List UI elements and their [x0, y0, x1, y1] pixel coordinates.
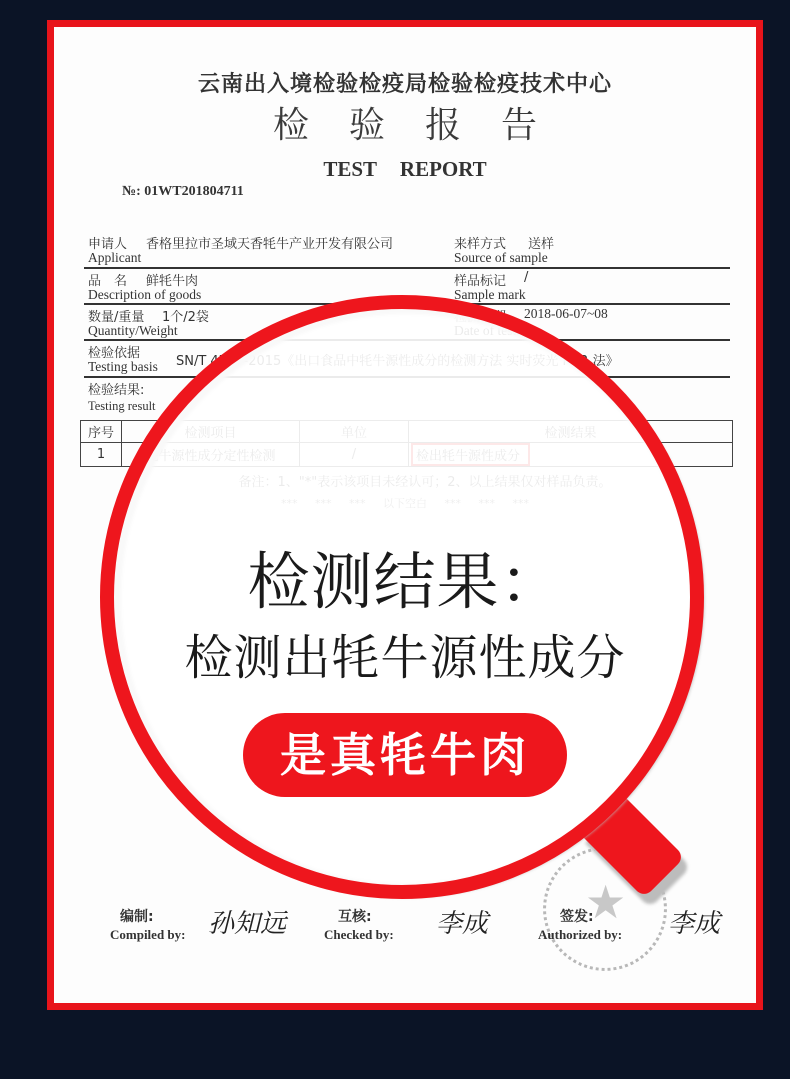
checked-label-en: Checked by:: [324, 927, 394, 943]
sample-mark-value: /: [524, 270, 528, 285]
report-number-value: 01WT201804711: [144, 184, 244, 199]
compiled-signature: 孙知远: [208, 903, 286, 940]
basis-label-en: Testing basis: [88, 359, 158, 375]
headline-result: 检测结果：: [54, 532, 756, 621]
checked-signature: 李成: [436, 903, 488, 940]
cell-no: 1: [81, 443, 122, 467]
report-number-label: №:: [122, 184, 141, 199]
compiled-label-en: Compiled by:: [110, 927, 185, 943]
quantity-label-en: Quantity/Weight: [88, 323, 178, 339]
goods-label-en: Description of goods: [88, 287, 201, 303]
applicant-label-en: Applicant: [88, 250, 141, 266]
authorized-signature: 李成: [668, 903, 720, 940]
authentic-yak-badge: 是真牦牛肉: [243, 713, 567, 797]
checked-label-cn: 互核:: [338, 906, 372, 926]
result-label-cn: 检验结果:: [88, 379, 144, 398]
applicant-value: 香格里拉市圣域天香牦牛产业开发有限公司: [146, 233, 393, 252]
compiled-label-cn: 编制:: [120, 906, 154, 926]
divider: [84, 267, 730, 269]
date-value: 2018-06-07~08: [524, 306, 608, 322]
report-title-cn: 检验报告: [54, 97, 756, 148]
header-no: 序号: [81, 421, 122, 443]
source-label-en: Source of sample: [454, 250, 548, 266]
authorized-label-en: Authorized by:: [538, 927, 622, 943]
result-label-en: Testing result: [88, 399, 156, 414]
report-number: №: 01WT201804711: [122, 184, 244, 200]
report-title-en: TEST REPORT: [54, 157, 756, 182]
subline-result: 检测出牦牛源性成分: [54, 619, 756, 688]
organization-name: 云南出入境检验检疫局检验检疫技术中心: [54, 67, 756, 98]
authorized-label-cn: 签发:: [560, 906, 594, 926]
test-report-document: 云南出入境检验检疫局检验检疫技术中心 检验报告 TEST REPORT №: 0…: [54, 27, 756, 1003]
